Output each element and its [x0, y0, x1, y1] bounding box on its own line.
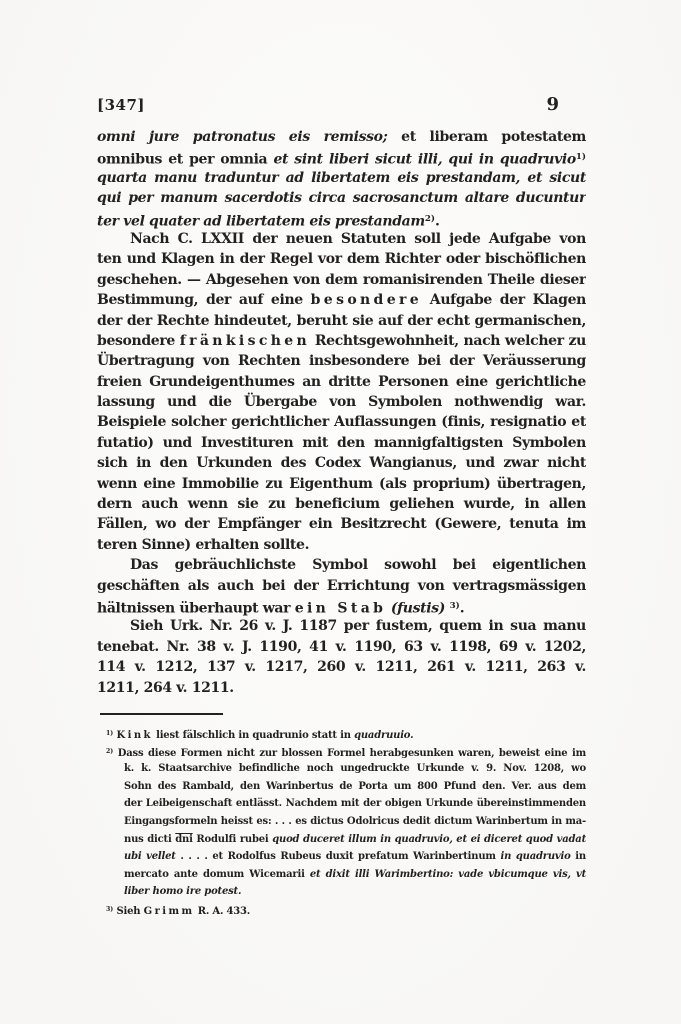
text-line: tenebat. Nr. 38 v. J. 1190, 41 v. 1190, … — [97, 637, 586, 657]
text-line: Beispiele solcher gerichtlicher Auflassu… — [97, 412, 586, 432]
footnote-line: der Leibeigenschaft entlässt. Nachdem mi… — [97, 795, 586, 813]
text-line: geschäften als auch bei der Errichtung v… — [97, 576, 586, 596]
footnote-line: ubi vellet . . . . et Rodolfus Rubeus du… — [97, 848, 586, 866]
paragraph: omni jure patronatus eis remisso; et lib… — [97, 127, 586, 229]
footnote: 3) Sieh Grimm R. A. 433. — [97, 901, 586, 919]
footnotes: 1) Kink liest fälschlich in quadrunio st… — [97, 725, 586, 919]
footnote-line: mercato ante domum Wicemarii et dixit il… — [97, 866, 586, 884]
text-line: lassung und die Übergabe von Symbolen no… — [97, 392, 586, 412]
footnote: 1) Kink liest fälschlich in quadrunio st… — [97, 725, 586, 743]
paragraph: Das gebräuchlichste Symbol sowohl bei ei… — [97, 555, 586, 616]
footnote-line: k. k. Staatsarchive befindliche noch ung… — [97, 760, 586, 778]
footnote-line: 2) Dass diese Formen nicht zur blossen F… — [97, 743, 586, 761]
text-line: qui per manum sacerdotis circa sacrosanc… — [97, 188, 586, 208]
text-line: omnibus et per omnia et sint liberi sicu… — [97, 147, 586, 167]
page: [347] 9 omni jure patronatus eis remisso… — [0, 0, 681, 1024]
text-column: [347] 9 omni jure patronatus eis remisso… — [97, 94, 586, 918]
text-line: ten und Klagen in der Regel vor dem Rich… — [97, 249, 586, 269]
text-line: Fällen, wo der Empfänger ein Besitzrecht… — [97, 514, 586, 534]
main-text: omni jure patronatus eis remisso; et lib… — [97, 127, 586, 698]
text-line: ter vel quater ad libertatem eis prestan… — [97, 209, 586, 229]
text-line: der der Rechte hindeutet, beruht sie auf… — [97, 311, 586, 331]
text-line: dern auch wenn sie zu beneficium geliehe… — [97, 494, 586, 514]
page-number: 9 — [546, 94, 586, 115]
text-line: futatio) und Investituren mit den mannig… — [97, 433, 586, 453]
text-line: Übertragung von Rechten insbesondere bei… — [97, 351, 586, 371]
text-line: freien Grundeigenthumes an dritte Person… — [97, 372, 586, 392]
text-line: besondere fränkischen Rechtsgewohnheit, … — [97, 331, 586, 351]
text-line: teren Sinne) erhalten sollte. — [97, 535, 586, 555]
text-line: 1211, 264 v. 1211. — [97, 678, 586, 698]
text-line: Bestimmung, der auf eine besondere Aufga… — [97, 290, 586, 310]
text-line: hältnissen überhaupt war ein Stab (fusti… — [97, 596, 586, 616]
footnote-rule — [100, 713, 223, 715]
text-line: wenn eine Immobilie zu Eigenthum (als pr… — [97, 474, 586, 494]
text-line: 114 v. 1212, 137 v. 1217, 260 v. 1211, 2… — [97, 657, 586, 677]
footnote-line: Sohn des Rambald, den Warinbertus de Por… — [97, 778, 586, 796]
page-header: [347] 9 — [97, 94, 586, 115]
paragraph: Sieh Urk. Nr. 26 v. J. 1187 per fustem, … — [97, 616, 586, 698]
text-line: geschehen. — Abgesehen von dem romanisir… — [97, 270, 586, 290]
footnote-line: 1) Kink liest fälschlich in quadrunio st… — [97, 725, 586, 743]
footnote-line: Eingangsformeln heisst es: . . . es dict… — [97, 813, 586, 831]
footnote: 2) Dass diese Formen nicht zur blossen F… — [97, 743, 586, 901]
footnote-line: 3) Sieh Grimm R. A. 433. — [97, 901, 586, 919]
text-line: omni jure patronatus eis remisso; et lib… — [97, 127, 586, 147]
page-locator: [347] — [97, 96, 145, 114]
text-line: sich in den Urkunden des Codex Wangianus… — [97, 453, 586, 473]
paragraph: Nach C. LXXII der neuen Statuten soll je… — [97, 229, 586, 555]
text-line: Sieh Urk. Nr. 26 v. J. 1187 per fustem, … — [97, 616, 586, 636]
footnote-line: nus dicti dni Rodulfi rubei quod duceret… — [97, 831, 586, 849]
footnote-line: liber homo ire potest. — [97, 883, 586, 901]
text-line: Nach C. LXXII der neuen Statuten soll je… — [97, 229, 586, 249]
text-line: Das gebräuchlichste Symbol sowohl bei ei… — [97, 555, 586, 575]
text-line: quarta manu traduntur ad libertatem eis … — [97, 168, 586, 188]
